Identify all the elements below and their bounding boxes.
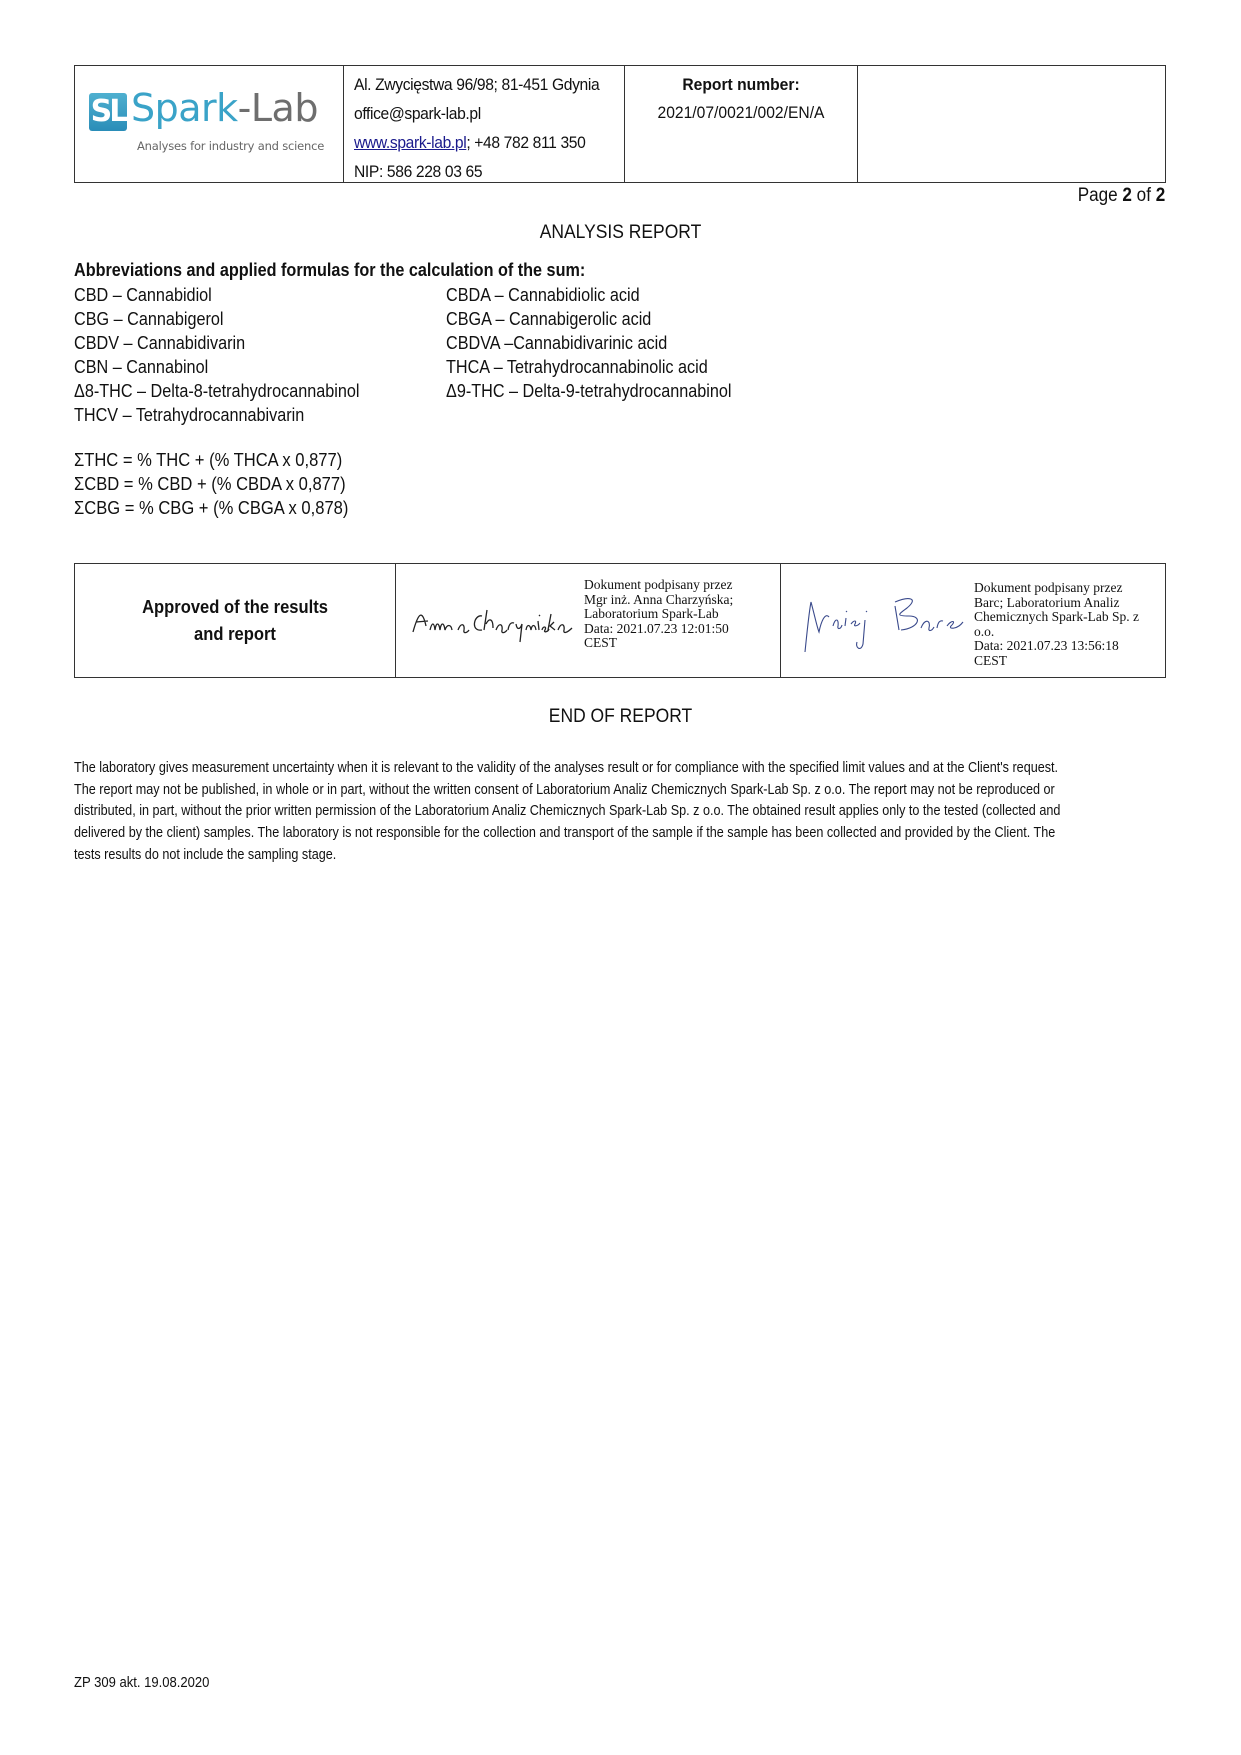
signature-cell-1: Dokument podpisany przez Mgr inż. Anna C… (396, 564, 781, 677)
page-separator: of (1132, 185, 1156, 206)
approval-label-line2: and report (142, 621, 328, 648)
report-number: 2021/07/0021/002/EN/A (634, 98, 847, 128)
digital-signature-2-text: Dokument podpisany przez Barc; Laborator… (974, 581, 1174, 668)
page-prefix: Page (1078, 185, 1123, 206)
logo-name: Spark-Lab (131, 86, 318, 130)
signature-line: Dokument podpisany przez (974, 581, 1174, 596)
abbreviation-item: CBN – Cannabinol (74, 355, 359, 379)
handwritten-signature-2 (799, 582, 964, 662)
address: Al. Zwycięstwa 96/98; 81-451 Gdynia (354, 70, 602, 99)
approval-label-line1: Approved of the results (142, 594, 328, 621)
email: office@spark-lab.pl (354, 99, 602, 128)
disclaimer-line: The laboratory gives measurement uncerta… (74, 758, 1127, 780)
digital-signature-1-text: Dokument podpisany przez Mgr inż. Anna C… (584, 578, 779, 651)
approval-table: Approved of the results and report Dokum… (74, 563, 1166, 678)
abbreviation-item: CBG – Cannabigerol (74, 307, 359, 331)
website-link[interactable]: www.spark-lab.pl (354, 133, 466, 152)
abbreviation-item: Δ8-THC – Delta-8-tetrahydrocannabinol (74, 379, 359, 403)
abbreviation-item: THCV – Tetrahydrocannabivarin (74, 403, 359, 427)
empty-cell (858, 66, 1165, 182)
disclaimer-line: distributed, in part, without the prior … (74, 801, 1127, 823)
abbreviation-item: CBGA – Cannabigerolic acid (446, 307, 731, 331)
signature-line: Chemicznych Spark-Lab Sp. z (974, 610, 1174, 625)
signature-line: Data: 2021.07.23 13:56:18 (974, 639, 1174, 654)
nip: NIP: 586 228 03 65 (354, 157, 602, 186)
signature-line: CEST (974, 654, 1174, 669)
form-code: ZP 309 akt. 19.08.2020 (74, 1675, 209, 1691)
logo-name-lab: -Lab (238, 86, 318, 130)
signature-line: Dokument podpisany przez (584, 578, 779, 593)
website-phone: www.spark-lab.pl; +48 782 811 350 (354, 128, 602, 157)
abbreviations-heading: Abbreviations and applied formulas for t… (74, 260, 585, 281)
formulas: ΣTHC = % THC + (% THCA x 0,877) ΣCBD = %… (74, 448, 348, 520)
approval-label-cell: Approved of the results and report (75, 564, 396, 677)
abbreviations-right: CBDA – Cannabidiolic acid CBGA – Cannabi… (446, 283, 731, 403)
page-indicator: Page 2 of 2 (1078, 185, 1165, 207)
abbreviations-left: CBD – Cannabidiol CBG – Cannabigerol CBD… (74, 283, 359, 427)
signature-cell-2: Dokument podpisany przez Barc; Laborator… (781, 564, 1165, 677)
formula-thc: ΣTHC = % THC + (% THCA x 0,877) (74, 448, 348, 472)
abbreviation-item: THCA – Tetrahydrocannabinolic acid (446, 355, 731, 379)
disclaimer-line: tests results do not include the samplin… (74, 845, 1127, 867)
handwritten-signature-1 (408, 594, 578, 644)
signature-line: CEST (584, 636, 779, 651)
abbreviation-item: CBDVA –Cannabidivarinic acid (446, 331, 731, 355)
disclaimer-line: The report may not be published, in whol… (74, 780, 1127, 802)
page-total: 2 (1155, 185, 1165, 206)
abbreviation-item: Δ9-THC – Delta-9-tetrahydrocannabinol (446, 379, 731, 403)
phone: ; +48 782 811 350 (466, 133, 585, 152)
page-current: 2 (1122, 185, 1132, 206)
header-table: SL Spark-Lab Analyses for industry and s… (74, 65, 1166, 183)
report-title: ANALYSIS REPORT (50, 222, 1192, 244)
signature-line: Data: 2021.07.23 12:01:50 (584, 622, 779, 637)
approval-label: Approved of the results and report (142, 594, 328, 648)
signature-line: Barc; Laboratorium Analiz (974, 596, 1174, 611)
formula-cbd: ΣCBD = % CBD + (% CBDA x 0,877) (74, 472, 348, 496)
end-of-report: END OF REPORT (50, 706, 1192, 728)
abbreviation-item: CBDV – Cannabidivarin (74, 331, 359, 355)
abbreviation-item: CBD – Cannabidiol (74, 283, 359, 307)
logo-mark: SL (89, 93, 127, 131)
signature-line: Mgr inż. Anna Charzyńska; (584, 593, 779, 608)
contact-cell: Al. Zwycięstwa 96/98; 81-451 Gdynia offi… (344, 66, 625, 182)
formula-cbg: ΣCBG = % CBG + (% CBGA x 0,878) (74, 496, 348, 520)
signature-line: Laboratorium Spark-Lab (584, 607, 779, 622)
logo-name-spark: Spark (131, 86, 238, 130)
report-number-label: Report number: (634, 72, 847, 98)
signature-line: o.o. (974, 625, 1174, 640)
disclaimer: The laboratory gives measurement uncerta… (74, 758, 1127, 867)
logo-tagline: Analyses for industry and science (137, 139, 324, 153)
abbreviation-item: CBDA – Cannabidiolic acid (446, 283, 731, 307)
logo-cell: SL Spark-Lab Analyses for industry and s… (75, 66, 344, 182)
disclaimer-line: delivered by the client) samples. The la… (74, 823, 1127, 845)
report-number-cell: Report number: 2021/07/0021/002/EN/A (625, 66, 858, 182)
